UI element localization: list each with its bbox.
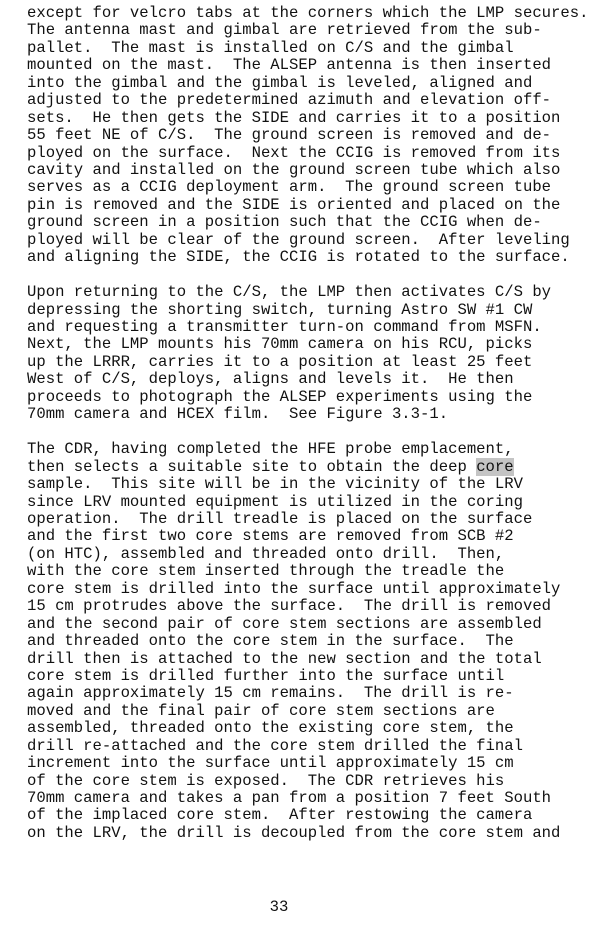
text-line: cavity and installed on the ground scree…: [27, 162, 592, 179]
text-line: of the implaced core stem. After restowi…: [27, 807, 592, 824]
text-line: on the LRV, the drill is decoupled from …: [27, 825, 592, 842]
text-line: The CDR, having completed the HFE probe …: [27, 441, 592, 458]
text-line: since LRV mounted equipment is utilized …: [27, 494, 592, 511]
text-line: except for velcro tabs at the corners wh…: [27, 5, 592, 22]
text-line: mounted on the mast. The ALSEP antenna i…: [27, 57, 592, 74]
text-line: again approximately 15 cm remains. The d…: [27, 685, 592, 702]
text-line: serves as a CCIG deployment arm. The gro…: [27, 179, 592, 196]
text-line: 70mm camera and takes a pan from a posit…: [27, 790, 592, 807]
text-line: sets. He then gets the SIDE and carries …: [27, 110, 592, 127]
paragraph-deep-core-sample: The CDR, having completed the HFE probe …: [27, 441, 592, 842]
text-line: moved and the final pair of core stem se…: [27, 703, 592, 720]
text-line: and threaded onto the core stem in the s…: [27, 633, 592, 650]
text-line: and requesting a transmitter turn-on com…: [27, 319, 592, 336]
text-line: core stem is drilled further into the su…: [27, 668, 592, 685]
text-line: Next, the LMP mounts his 70mm camera on …: [27, 336, 592, 353]
text-line: 55 feet NE of C/S. The ground screen is …: [27, 127, 592, 144]
text-line: up the LRRR, carries it to a position at…: [27, 354, 592, 371]
text-line: increment into the surface until approxi…: [27, 755, 592, 772]
document-page: except for velcro tabs at the corners wh…: [27, 5, 592, 842]
text-line: then selects a suitable site to obtain t…: [27, 459, 592, 476]
text-line: assembled, threaded onto the existing co…: [27, 720, 592, 737]
text-line: sample. This site will be in the vicinit…: [27, 476, 592, 493]
text-line: depressing the shorting switch, turning …: [27, 302, 592, 319]
text-line: ployed on the surface. Next the CCIG is …: [27, 145, 592, 162]
text-line: 70mm camera and HCEX film. See Figure 3.…: [27, 406, 592, 423]
text-line: West of C/S, deploys, aligns and levels …: [27, 371, 592, 388]
text-line: drill then is attached to the new sectio…: [27, 651, 592, 668]
paragraph-alsep-deployment: except for velcro tabs at the corners wh…: [27, 5, 592, 267]
text-line: pin is removed and the SIDE is oriented …: [27, 197, 592, 214]
text-line: with the core stem inserted through the …: [27, 563, 592, 580]
text-line: core stem is drilled into the surface un…: [27, 581, 592, 598]
text-line: ground screen in a position such that th…: [27, 214, 592, 231]
paragraph-gap: [27, 424, 592, 442]
paragraph-lrrr-deployment: Upon returning to the C/S, the LMP then …: [27, 284, 592, 424]
text-line: of the core stem is exposed. The CDR ret…: [27, 773, 592, 790]
text-line: ployed will be clear of the ground scree…: [27, 232, 592, 249]
text-line: (on HTC), assembled and threaded onto dr…: [27, 546, 592, 563]
text-line: into the gimbal and the gimbal is levele…: [27, 75, 592, 92]
text-line: proceeds to photograph the ALSEP experim…: [27, 389, 592, 406]
search-highlight: core: [476, 458, 513, 476]
text-line: and the second pair of core stem section…: [27, 616, 592, 633]
paragraph-gap: [27, 267, 592, 285]
text-line: Upon returning to the C/S, the LMP then …: [27, 284, 592, 301]
text-line: and aligning the SIDE, the CCIG is rotat…: [27, 249, 592, 266]
text-line: pallet. The mast is installed on C/S and…: [27, 40, 592, 57]
text-line: adjusted to the predetermined azimuth an…: [27, 92, 592, 109]
text-line: and the first two core stems are removed…: [27, 528, 592, 545]
text-line: drill re-attached and the core stem dril…: [27, 738, 592, 755]
text-line: The antenna mast and gimbal are retrieve…: [27, 22, 592, 39]
page-number: 33: [0, 898, 576, 916]
text-line: operation. The drill treadle is placed o…: [27, 511, 592, 528]
text-line: 15 cm protrudes above the surface. The d…: [27, 598, 592, 615]
